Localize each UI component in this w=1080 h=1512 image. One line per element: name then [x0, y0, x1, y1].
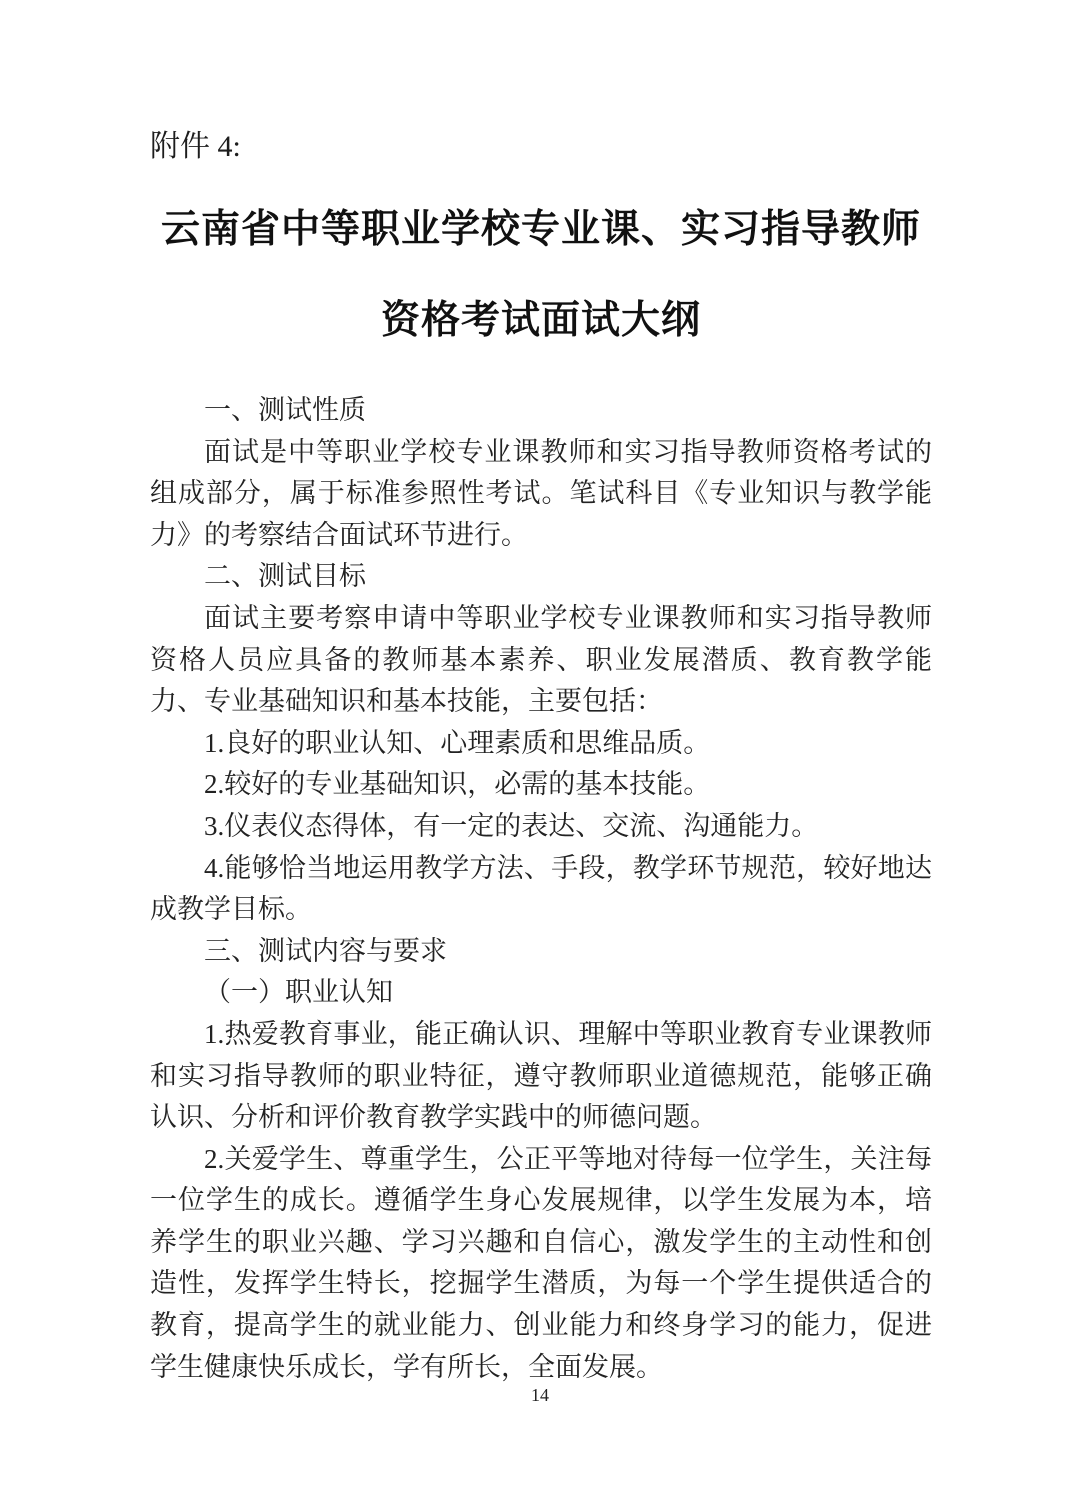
- title-line-2: 资格考试面试大纲: [150, 275, 932, 366]
- paragraph-cognition-2: 2.关爱学生、尊重学生，公正平等地对待每一位学生，关注每一位学生的成长。遵循学生…: [150, 1139, 932, 1389]
- paragraph-cognition-1: 1.热爱教育事业，能正确认识、理解中等职业教育专业课教师和实习指导教师的职业特征…: [150, 1014, 932, 1139]
- document-page: 附件 4: 云南省中等职业学校专业课、实习指导教师 资格考试面试大纲 一、测试性…: [0, 0, 1080, 1512]
- list-item-1: 1.良好的职业认知、心理素质和思维品质。: [150, 723, 932, 765]
- document-title: 云南省中等职业学校专业课、实习指导教师 资格考试面试大纲: [150, 184, 932, 366]
- section-heading-test-objective: 二、测试目标: [150, 556, 932, 598]
- attachment-label: 附件 4:: [150, 126, 932, 168]
- subsection-heading-occupational-cognition: （一）职业认知: [150, 972, 932, 1014]
- section-heading-test-nature: 一、测试性质: [150, 390, 932, 432]
- list-item-3: 3.仪表仪态得体，有一定的表达、交流、沟通能力。: [150, 806, 932, 848]
- paragraph-test-nature: 面试是中等职业学校专业课教师和实习指导教师资格考试的组成部分，属于标准参照性考试…: [150, 432, 932, 557]
- document-body: 一、测试性质 面试是中等职业学校专业课教师和实习指导教师资格考试的组成部分，属于…: [150, 390, 932, 1388]
- title-line-1: 云南省中等职业学校专业课、实习指导教师: [150, 184, 932, 275]
- list-item-2: 2.较好的专业基础知识，必需的基本技能。: [150, 764, 932, 806]
- section-heading-test-content: 三、测试内容与要求: [150, 931, 932, 973]
- page-number: 14: [0, 1385, 1080, 1406]
- list-item-4: 4.能够恰当地运用教学方法、手段，教学环节规范，较好地达成教学目标。: [150, 848, 932, 931]
- paragraph-test-objective: 面试主要考察申请中等职业学校专业课教师和实习指导教师资格人员应具备的教师基本素养…: [150, 598, 932, 723]
